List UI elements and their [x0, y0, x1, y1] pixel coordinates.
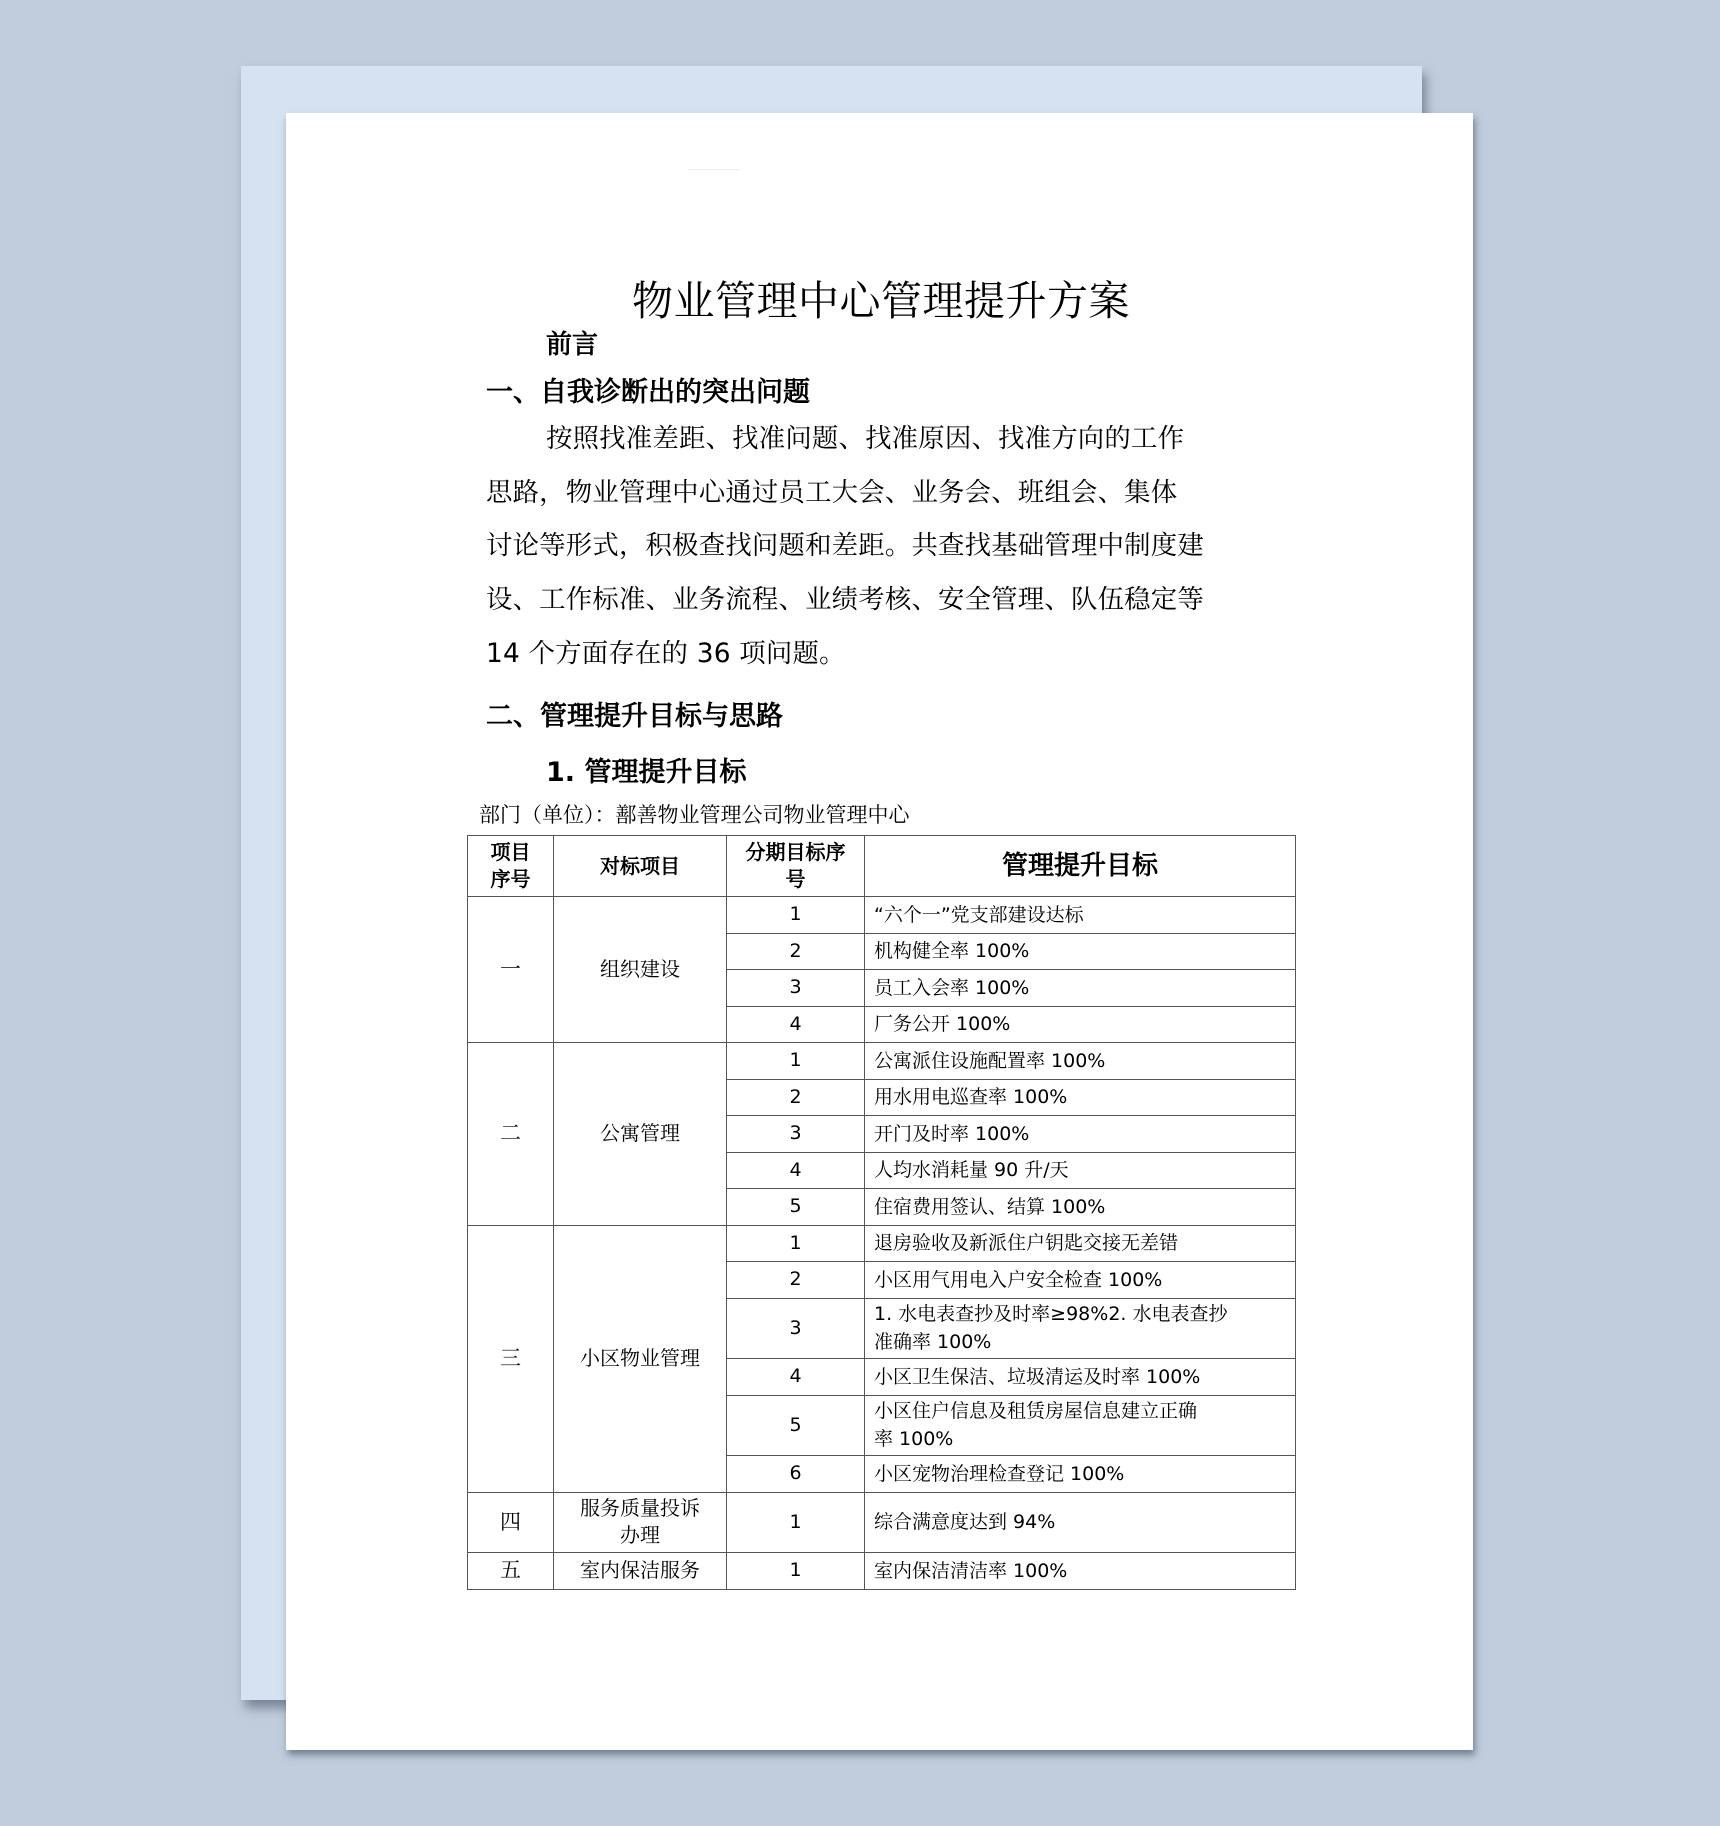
document-page: 物业管理中心管理提升方案 前言 一、自我诊断出的突出问题 按照找准差距、找准问题…: [286, 113, 1473, 1750]
paragraph-line: 按照找准差距、找准问题、找准原因、找准方向的工作: [546, 417, 1184, 455]
table-row: 一 组织建设 1 “六个一”党支部建设达标: [468, 897, 1296, 934]
header-benchmark: 对标项目: [554, 836, 727, 897]
paragraph-line: 思路，物业管理中心通过员工大会、业务会、班组会、集体: [486, 471, 1177, 509]
goal-text: “六个一”党支部建设达标: [865, 897, 1296, 934]
phase-no: 3: [727, 970, 865, 1007]
phase-no: 1: [727, 1225, 865, 1262]
phase-no: 2: [727, 1079, 865, 1116]
phase-no: 4: [727, 1006, 865, 1043]
goal-text: 机构健全率 100%: [865, 933, 1296, 970]
section-1-heading: 一、自我诊断出的突出问题: [486, 370, 810, 409]
phase-no: 4: [727, 1359, 865, 1396]
goal-text: 住宿费用签认、结算 100%: [865, 1189, 1296, 1226]
header-item-no: 项目 序号: [468, 836, 554, 897]
phase-no: 2: [727, 933, 865, 970]
goal-text: 开门及时率 100%: [865, 1116, 1296, 1153]
group-id: 三: [468, 1225, 554, 1492]
section-2-heading: 二、管理提升目标与思路: [486, 694, 783, 733]
phase-no: 3: [727, 1298, 865, 1359]
goal-text: 人均水消耗量 90 升/天: [865, 1152, 1296, 1189]
document-title: 物业管理中心管理提升方案: [632, 268, 1130, 327]
phase-no: 4: [727, 1152, 865, 1189]
phase-no: 1: [727, 897, 865, 934]
goal-text: 用水用电巡查率 100%: [865, 1079, 1296, 1116]
goal-text: 小区用气用电入户安全检查 100%: [865, 1262, 1296, 1299]
goal-text: 员工入会率 100%: [865, 970, 1296, 1007]
goal-text: 公寓派住设施配置率 100%: [865, 1043, 1296, 1080]
group-id: 二: [468, 1043, 554, 1226]
preface-heading: 前言: [546, 324, 598, 361]
header-divider: [688, 169, 740, 170]
phase-no: 3: [727, 1116, 865, 1153]
header-goal: 管理提升目标: [865, 836, 1296, 897]
phase-no: 2: [727, 1262, 865, 1299]
phase-no: 1: [727, 1043, 865, 1080]
group-id: 四: [468, 1492, 554, 1553]
group-name: 小区物业管理: [554, 1225, 727, 1492]
paragraph-line: 讨论等形式，积极查找问题和差距。共查找基础管理中制度建: [486, 524, 1204, 562]
phase-no: 1: [727, 1492, 865, 1553]
goal-text: 退房验收及新派住户钥匙交接无差错: [865, 1225, 1296, 1262]
group-id: 五: [468, 1553, 554, 1590]
goals-table: 项目 序号 对标项目 分期目标序 号 管理提升目标 一 组织建设 1 “六个一”…: [467, 835, 1296, 1590]
goal-text: 室内保洁清洁率 100%: [865, 1553, 1296, 1590]
phase-no: 5: [727, 1189, 865, 1226]
paragraph-line: 14 个方面存在的 36 项问题。: [486, 632, 846, 670]
goal-text: 小区住户信息及租赁房屋信息建立正确 率 100%: [865, 1395, 1296, 1456]
phase-no: 1: [727, 1553, 865, 1590]
goal-text: 1. 水电表查抄及时率≥98%2. 水电表查抄 准确率 100%: [865, 1298, 1296, 1359]
goal-text: 综合满意度达到 94%: [865, 1492, 1296, 1553]
table-row: 五 室内保洁服务 1 室内保洁清洁率 100%: [468, 1553, 1296, 1590]
group-id: 一: [468, 897, 554, 1043]
header-phase-no: 分期目标序 号: [727, 836, 865, 897]
group-name: 室内保洁服务: [554, 1553, 727, 1590]
subsection-heading: 1. 管理提升目标: [546, 750, 746, 789]
paragraph-line: 设、工作标准、业务流程、业绩考核、安全管理、队伍稳定等: [486, 578, 1204, 616]
phase-no: 5: [727, 1395, 865, 1456]
phase-no: 6: [727, 1456, 865, 1493]
department-label: 部门（单位）：鄯善物业管理公司物业管理中心: [479, 799, 910, 829]
goal-text: 小区卫生保洁、垃圾清运及时率 100%: [865, 1359, 1296, 1396]
table-header-row: 项目 序号 对标项目 分期目标序 号 管理提升目标: [468, 836, 1296, 897]
goal-text: 厂务公开 100%: [865, 1006, 1296, 1043]
goal-text: 小区宠物治理检查登记 100%: [865, 1456, 1296, 1493]
group-name: 服务质量投诉 办理: [554, 1492, 727, 1553]
table-row: 二 公寓管理 1 公寓派住设施配置率 100%: [468, 1043, 1296, 1080]
group-name: 组织建设: [554, 897, 727, 1043]
table-row: 三 小区物业管理 1 退房验收及新派住户钥匙交接无差错: [468, 1225, 1296, 1262]
table-row: 四 服务质量投诉 办理 1 综合满意度达到 94%: [468, 1492, 1296, 1553]
group-name: 公寓管理: [554, 1043, 727, 1226]
